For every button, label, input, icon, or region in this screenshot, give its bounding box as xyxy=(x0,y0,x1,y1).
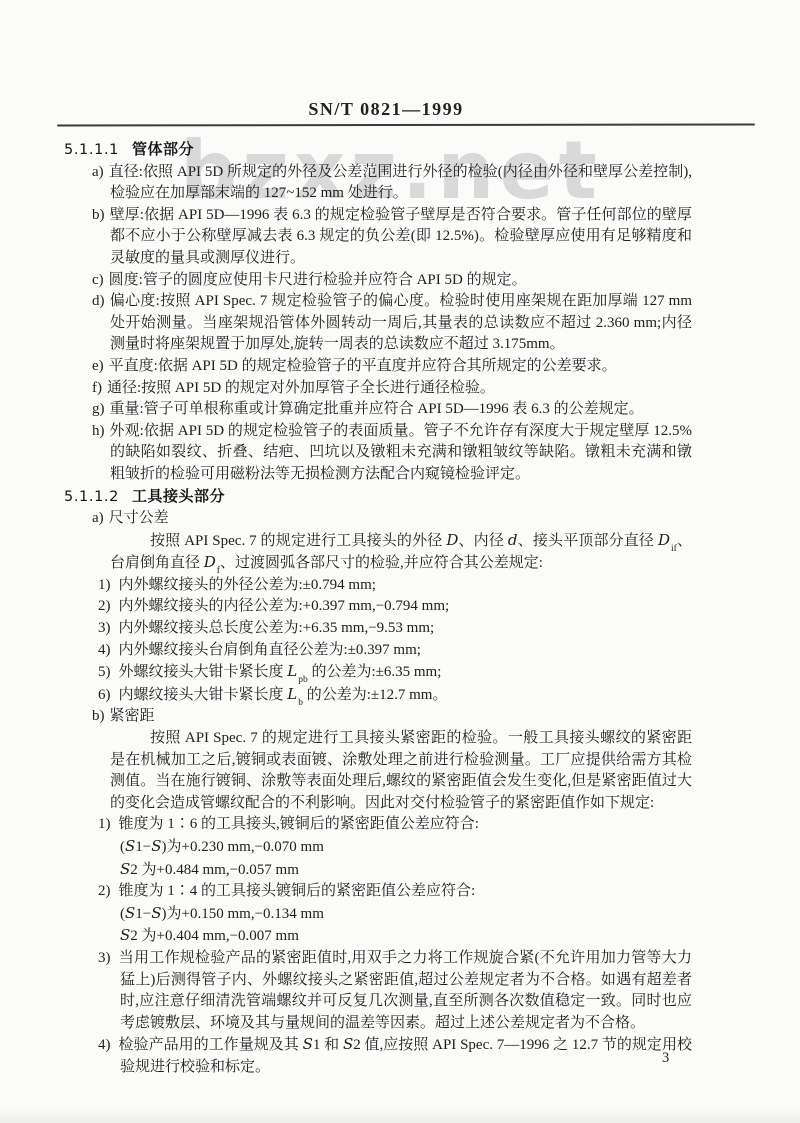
item-label: e) xyxy=(92,358,109,374)
item-label: c) xyxy=(92,272,109,288)
section-heading-5-1-1-2: 5.1.1.2工具接头部分 xyxy=(64,486,692,509)
tolerance-text: (S1−S)为+0.230 mm,−0.070 mm xyxy=(120,839,324,855)
item-text: 平直度:依据 API 5D 的规定检验管子的平直度并应符合其所规定的公差要求。 xyxy=(109,358,617,374)
numbered-item-6-box-tong-length: 6)内螺纹接头大钳卡紧长度 Lb 的公差为:±12.7 mm。 xyxy=(64,684,692,707)
item-label: 4) xyxy=(98,1037,119,1053)
section-number: 5.1.1.2 xyxy=(64,489,119,505)
scan-edge-shading xyxy=(0,1107,800,1123)
tolerance-text: (S1−S)为+0.150 mm,−0.134 mm xyxy=(120,906,324,922)
clause-item-f-drift: f)通径:按照 API 5D 的规定对外加厚管子全长进行通径检验。 xyxy=(64,378,692,400)
tolerance-text: S2 为+0.484 mm,−0.057 mm xyxy=(120,862,299,878)
clause-item-b-wall-thickness: b)壁厚:依据 API 5D—1996 表 6.3 的规定检验管子壁厚是否符合要… xyxy=(64,205,692,270)
tolerance-line-s2-taper6: S2 为+0.484 mm,−0.057 mm xyxy=(64,859,692,882)
paragraph-text: 按照 API Spec. 7 的规定进行工具接头的外径 D、内径 d、接头平顶部… xyxy=(110,533,692,572)
clause-item-g-weight: g)重量:管子可单根称重或计算确定批重并应符合 API 5D—1996 表 6.… xyxy=(64,399,692,421)
paragraph-text: 按照 API Spec. 7 的规定进行工具接头紧密距的检验。一般工具接头螺纹的… xyxy=(110,730,692,811)
section-heading-5-1-1-1: 5.1.1.1管体部分 xyxy=(64,139,692,162)
section-title: 工具接头部分 xyxy=(132,487,225,505)
numbered-item-3-length-tolerance: 3)内外螺纹接头总长度公差为:+6.35 mm,−9.53 mm; xyxy=(64,618,692,640)
item-text: 重量:管子可单根称重或计算确定批重并应符合 API 5D—1996 表 6.3 … xyxy=(110,401,644,417)
item-text: 外螺纹接头大钳卡紧长度 Lpb 的公差为:±6.35 mm; xyxy=(119,664,442,680)
item-label: 1) xyxy=(98,577,119,593)
clause-item-e-straightness: e)平直度:依据 API 5D 的规定检验管子的平直度并应符合其所规定的公差要求… xyxy=(64,356,692,378)
numbered-item-2-id-tolerance: 2)内外螺纹接头的内径公差为:+0.397 mm,−0.794 mm; xyxy=(64,596,692,618)
item-text: 内外螺纹接头的外径公差为:±0.794 mm; xyxy=(119,577,376,593)
item-label: b) xyxy=(92,207,110,223)
item-label: a) xyxy=(92,510,109,526)
item-text: 检验产品用的工作量规及其 S1 和 S2 值,应按照 API Spec. 7—1… xyxy=(119,1037,692,1075)
tolerance-text: S2 为+0.404 mm,−0.007 mm xyxy=(120,928,299,944)
tolerance-line-s2-taper4: S2 为+0.404 mm,−0.007 mm xyxy=(64,925,692,948)
clause-item-h-appearance: h)外观:依据 API 5D 的规定检验管子的表面质量。管子不允许存有深度大于规… xyxy=(64,421,692,486)
section-number: 5.1.1.1 xyxy=(64,142,119,158)
item-text: 锥度为 1∶4 的工具接头镀铜后的紧密距值公差应符合: xyxy=(119,883,476,899)
item-label: 3) xyxy=(98,620,119,636)
item-label: a) xyxy=(92,164,109,180)
item-text: 当用工作规检验产品的紧密距值时,用双手之力将工作规旋合紧(不允许用加力管等大力猛… xyxy=(119,950,693,1031)
item-label: h) xyxy=(92,423,110,439)
document-body: 5.1.1.1管体部分 a)直径:依照 API 5D 所规定的外径及公差范围进行… xyxy=(64,139,692,1079)
page-number: 3 xyxy=(662,1050,669,1067)
standard-code-header: SN/T 0821—1999 xyxy=(308,99,463,120)
item-label: 2) xyxy=(98,598,119,614)
tolerance-line-s1-s-taper6: (S1−S)为+0.230 mm,−0.070 mm xyxy=(64,836,692,859)
item-text: 紧密距 xyxy=(110,708,155,724)
item-label: 5) xyxy=(98,664,119,680)
item-text: 锥度为 1∶6 的工具接头,镀铜后的紧密距值公差应符合: xyxy=(119,816,479,832)
item-text: 内螺纹接头大钳卡紧长度 Lb 的公差为:±12.7 mm。 xyxy=(119,687,448,703)
clause-item-b-standoff: b)紧密距 xyxy=(64,706,692,728)
numbered-item-4-gauge-calibration: 4)检验产品用的工作量规及其 S1 和 S2 值,应按照 API Spec. 7… xyxy=(64,1034,692,1078)
numbered-item-4-bevel-tolerance: 4)内外螺纹接头台肩倒角直径公差为:±0.397 mm; xyxy=(64,640,692,662)
item-label: f) xyxy=(92,380,107,396)
clause-item-a-dimension-tolerance: a)尺寸公差 xyxy=(64,508,692,530)
clause-item-a-diameter: a)直径:依照 API 5D 所规定的外径及公差范围进行外径的检验(内径由外径和… xyxy=(64,162,692,205)
item-text: 内外螺纹接头总长度公差为:+6.35 mm,−9.53 mm; xyxy=(119,620,435,636)
numbered-item-3-working-gauge: 3)当用工作规检验产品的紧密距值时,用双手之力将工作规旋合紧(不允许用加力管等大… xyxy=(64,948,692,1034)
item-text: 内外螺纹接头台肩倒角直径公差为:±0.397 mm; xyxy=(119,642,421,658)
clause-item-d-eccentricity: d)偏心度:按照 API Spec. 7 规定检验管子的偏心度。检验时使用座架规… xyxy=(64,291,692,356)
numbered-item-2-taper-1-4: 2)锥度为 1∶4 的工具接头镀铜后的紧密距值公差应符合: xyxy=(64,881,692,903)
numbered-item-1-od-tolerance: 1)内外螺纹接头的外径公差为:±0.794 mm; xyxy=(64,575,692,597)
item-label: 3) xyxy=(98,950,119,966)
paragraph-tool-joint-dimensions: 按照 API Spec. 7 的规定进行工具接头的外径 D、内径 d、接头平顶部… xyxy=(64,530,692,575)
item-text: 尺寸公差 xyxy=(109,510,169,526)
clause-item-c-roundness: c)圆度:管子的圆度应使用卡尺进行检验并应符合 API 5D 的规定。 xyxy=(64,270,692,292)
item-label: 6) xyxy=(98,687,119,703)
section-title: 管体部分 xyxy=(132,140,194,158)
tolerance-line-s1-s-taper4: (S1−S)为+0.150 mm,−0.134 mm xyxy=(64,903,692,926)
numbered-item-1-taper-1-6: 1)锥度为 1∶6 的工具接头,镀铜后的紧密距值公差应符合: xyxy=(64,814,692,836)
item-text: 内外螺纹接头的内径公差为:+0.397 mm,−0.794 mm; xyxy=(119,598,450,614)
item-label: 4) xyxy=(98,642,119,658)
item-text: 壁厚:依据 API 5D—1996 表 6.3 的规定检验管子壁厚是否符合要求。… xyxy=(110,207,693,266)
paragraph-standoff-inspection: 按照 API Spec. 7 的规定进行工具接头紧密距的检验。一般工具接头螺纹的… xyxy=(64,728,692,814)
item-text: 偏心度:按照 API Spec. 7 规定检验管子的偏心度。检验时使用座架规在距… xyxy=(110,293,693,352)
item-text: 外观:依据 API 5D 的规定检验管子的表面质量。管子不允许存有深度大于规定壁… xyxy=(110,423,693,482)
numbered-item-5-pin-tong-length: 5)外螺纹接头大钳卡紧长度 Lpb 的公差为:±6.35 mm; xyxy=(64,661,692,684)
item-text: 通径:按照 API 5D 的规定对外加厚管子全长进行通径检验。 xyxy=(107,380,495,396)
item-text: 圆度:管子的圆度应使用卡尺进行检验并应符合 API 5D 的规定。 xyxy=(109,272,527,288)
item-label: b) xyxy=(92,708,110,724)
item-label: 1) xyxy=(98,816,119,832)
item-label: g) xyxy=(92,401,110,417)
item-label: 2) xyxy=(98,883,119,899)
item-text: 直径:依照 API 5D 所规定的外径及公差范围进行外径的检验(内径由外径和壁厚… xyxy=(109,164,692,202)
item-label: d) xyxy=(92,293,110,309)
